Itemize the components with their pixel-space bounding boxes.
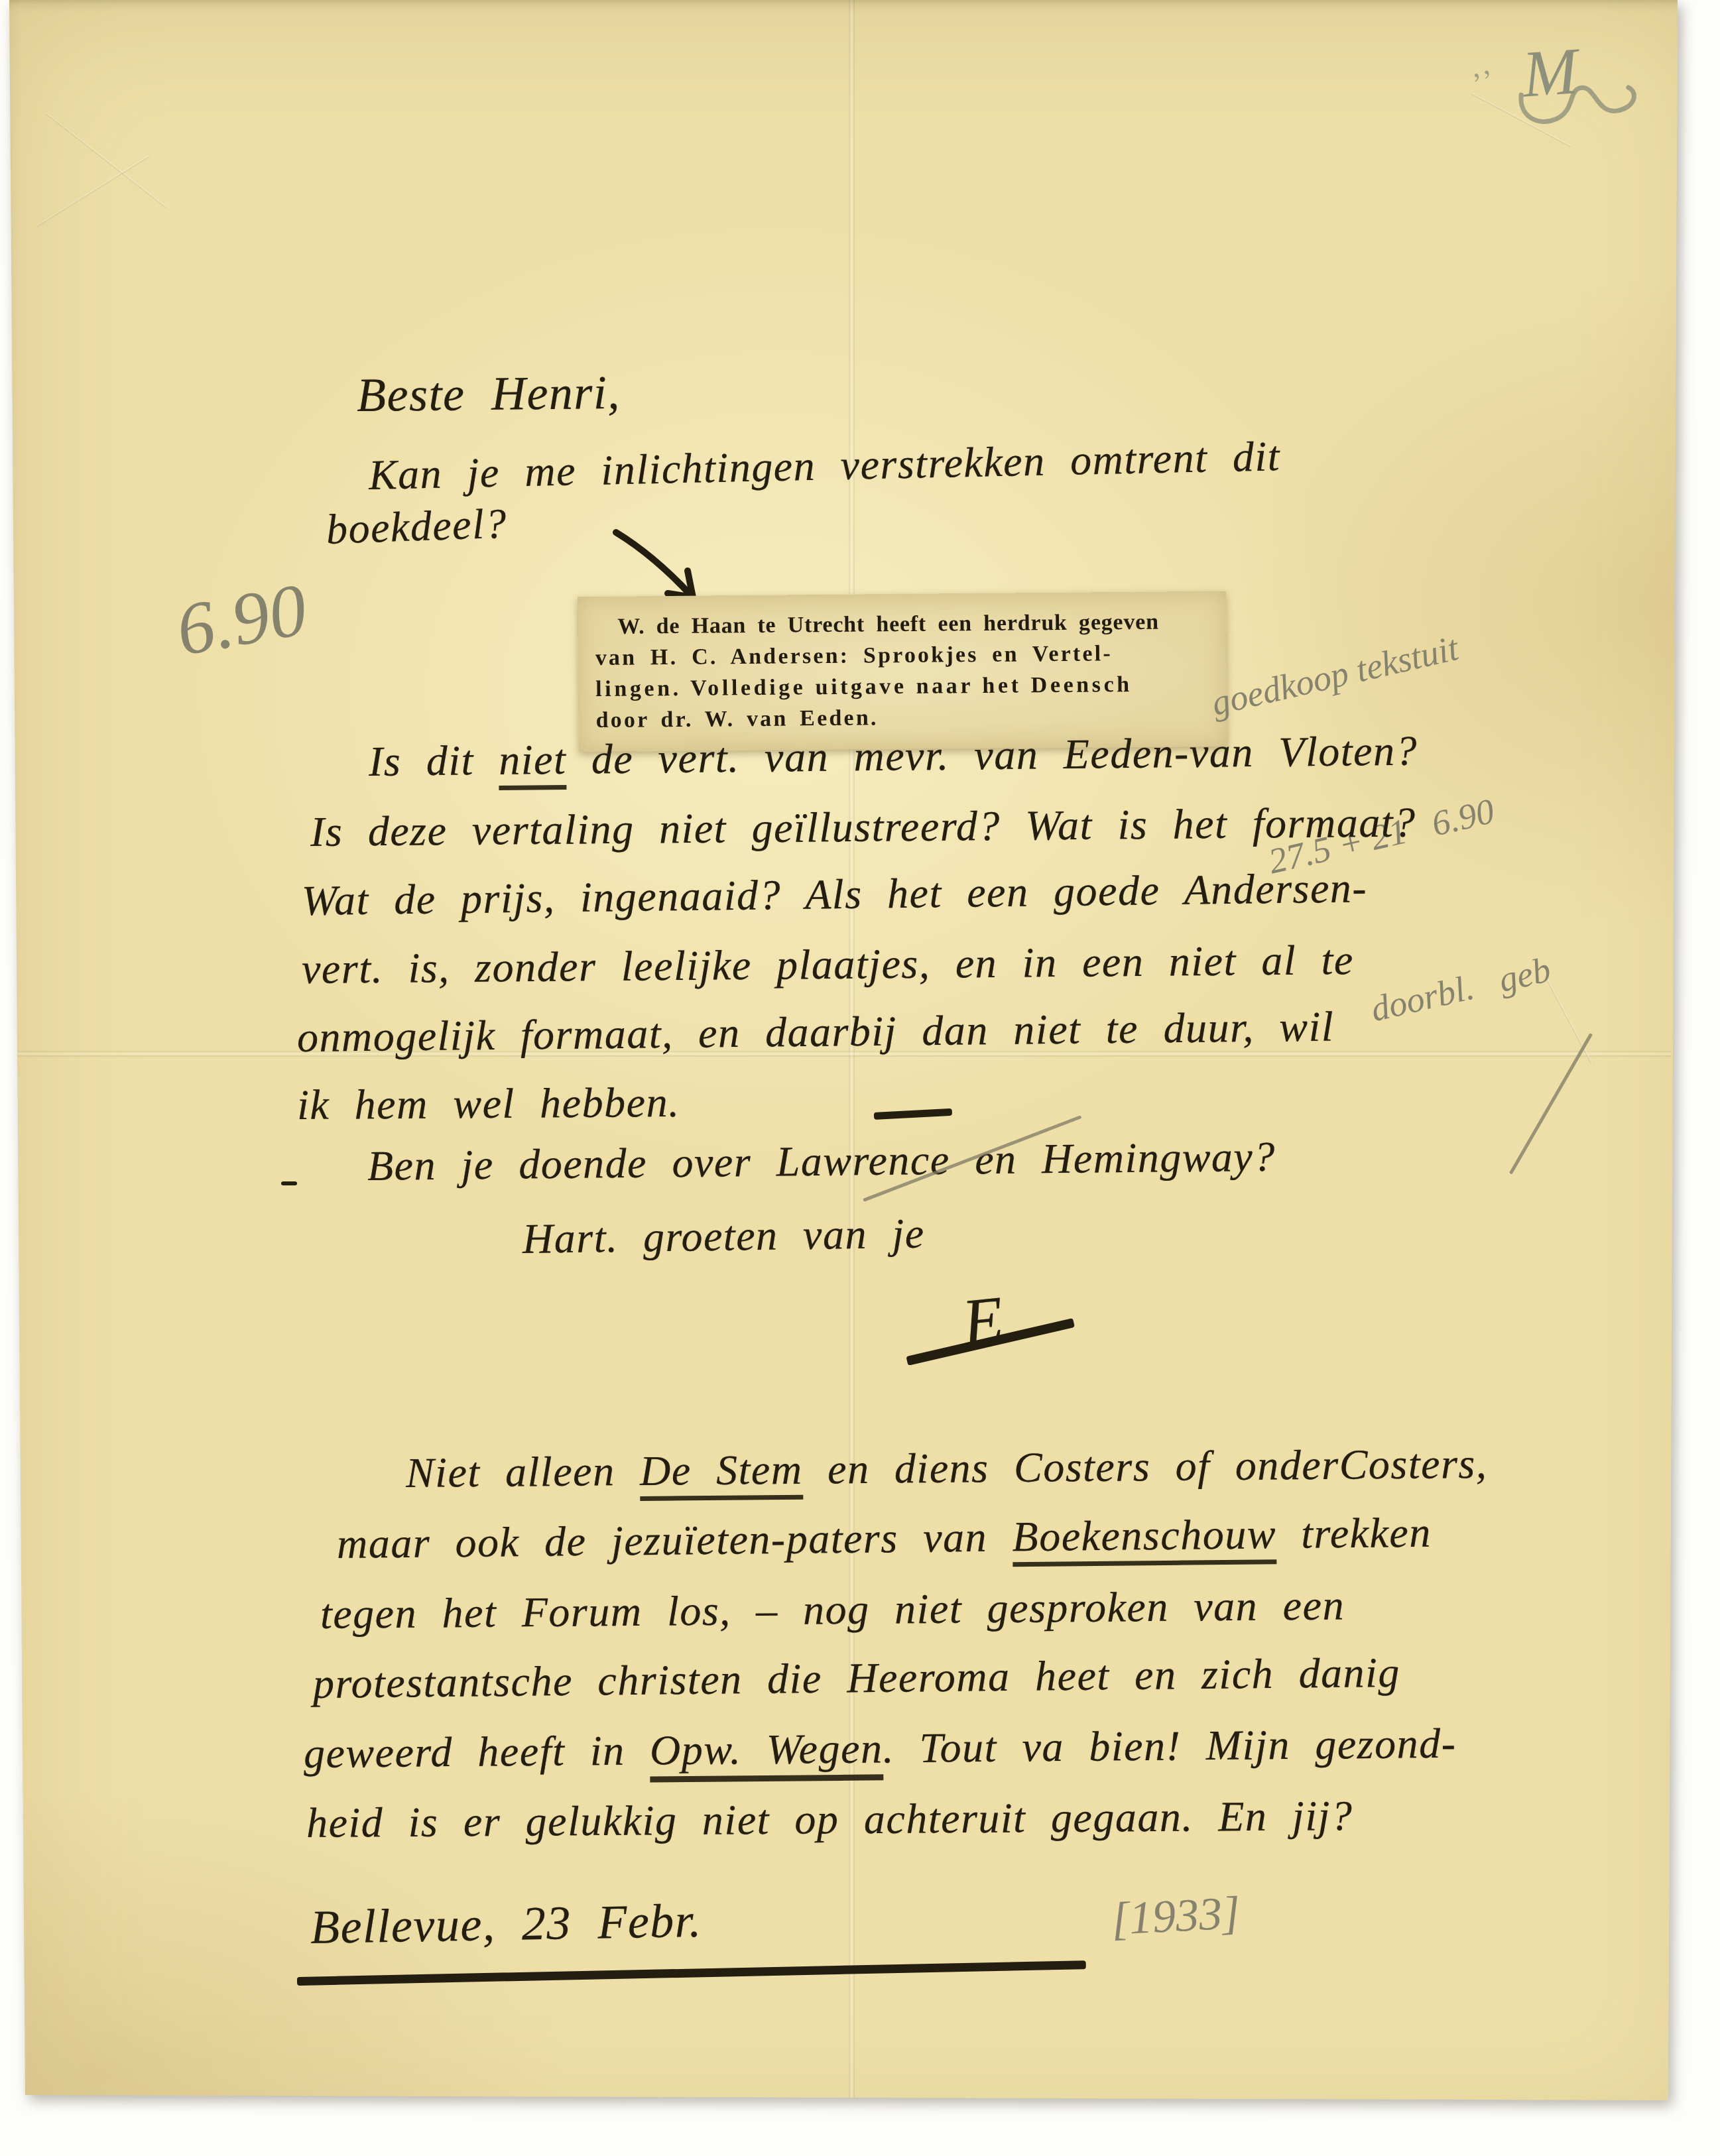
pencil-year-note: [1933] xyxy=(1110,1887,1241,1946)
text-segment: geweerd heeft in xyxy=(304,1726,650,1777)
underlined-title: De Stem xyxy=(640,1446,803,1501)
underlined-title: Boekenschouw xyxy=(1012,1510,1276,1567)
text-segment: . Tout va bien! Mijn gezond- xyxy=(883,1720,1456,1772)
body-line: maar ook de jezuïeten-paters van Boekens… xyxy=(337,1508,1432,1569)
body-line: tegen het Forum los, – nog niet gesproke… xyxy=(320,1581,1345,1639)
opening-line-1: Kan je me inlichtingen verstrekken omtre… xyxy=(368,432,1280,500)
body-line: Is deze vertaling niet geïllustreerd? Wa… xyxy=(310,798,1416,857)
body-line: heid is er gelukkig niet op achteruit ge… xyxy=(306,1791,1353,1848)
separator-dash xyxy=(874,1108,952,1120)
greeting-line: Beste Henri, xyxy=(357,365,621,423)
newspaper-clipping: W. de Haan te Utrecht heeft een herdruk … xyxy=(578,591,1227,752)
underlined-word: niet xyxy=(499,736,567,790)
text-segment: maar ook de jezuïeten-paters van xyxy=(337,1513,1013,1567)
margin-dash xyxy=(281,1181,297,1185)
wrinkle-line xyxy=(46,113,167,208)
monogram-flourish-icon xyxy=(1514,66,1658,135)
question-line: Ben je doende over Lawrence en Hemingway… xyxy=(367,1132,1276,1191)
body-line: protestantsche christen die Heeroma heet… xyxy=(313,1648,1401,1708)
body-line: geweerd heeft in Opw. Wegen. Tout va bie… xyxy=(304,1719,1457,1778)
body-line: vert. is, zonder leelijke plaatjes, en i… xyxy=(302,935,1354,994)
text-segment: Niet alleen xyxy=(406,1447,641,1496)
closing-line: Hart. groeten van je xyxy=(522,1209,925,1264)
clipping-line: lingen. Volledige uitgave naar het Deens… xyxy=(595,668,1209,705)
body-line: ik hem wel hebben. xyxy=(297,1078,680,1130)
clipping-line: van H. C. Andersen: Sprookjes en Vertel- xyxy=(595,637,1209,674)
text-segment: trekken xyxy=(1276,1509,1432,1557)
collector-monogram: ’’ M xyxy=(1520,32,1580,113)
text-segment: de vert. van mevr. van Eeden-van Vloten? xyxy=(566,727,1418,782)
dateline: Bellevue, 23 Febr. xyxy=(310,1893,702,1955)
text-segment: en diens Costers of onderCosters, xyxy=(802,1440,1487,1493)
body-line: Niet alleen De Stem en diens Costers of … xyxy=(406,1439,1488,1498)
pencil-price-note: 6.90 xyxy=(170,567,313,674)
text-segment: Is dit xyxy=(369,737,499,785)
body-line: Wat de prijs, ingenaaid? Als het een goe… xyxy=(302,863,1368,926)
underlined-title: Opw. Wegen xyxy=(650,1724,883,1782)
scanned-letter: ’’ M Beste Henri, Kan je me inlichtingen… xyxy=(0,0,1720,2156)
opening-line-2: boekdeel? xyxy=(326,499,508,554)
wrinkle-line xyxy=(36,155,149,227)
dealer-note-line: goedkoop tekstuit xyxy=(1206,616,1481,731)
clipping-line: W. de Haan te Utrecht heeft een herdruk … xyxy=(595,606,1209,642)
pencil-tick-marks: ’’ xyxy=(1467,62,1501,102)
dateline-underline xyxy=(297,1960,1086,1986)
letter-sheet: ’’ M Beste Henri, Kan je me inlichtingen… xyxy=(0,0,1720,2156)
